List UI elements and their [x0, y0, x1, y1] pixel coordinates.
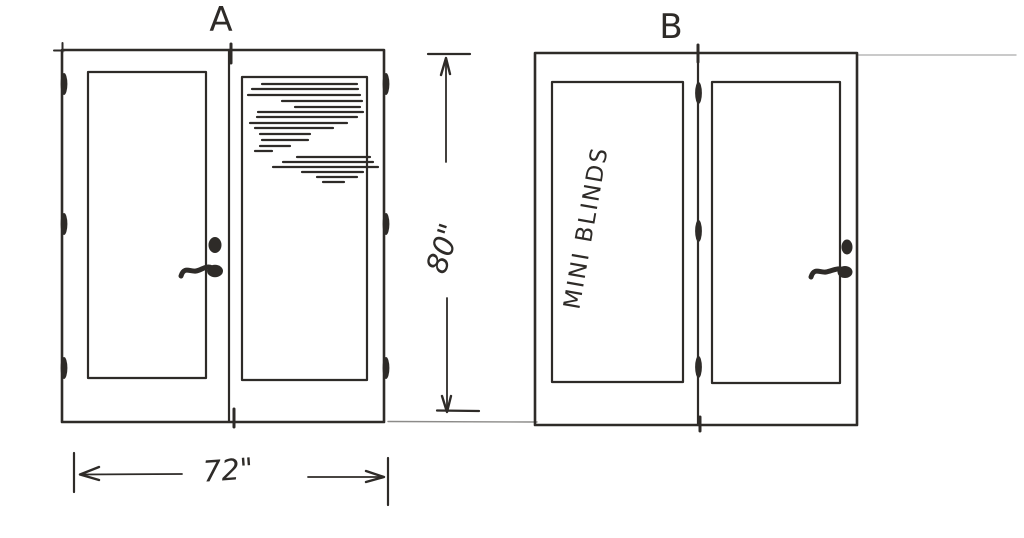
glass-hatching	[248, 84, 378, 182]
door-b-right-glass-panel	[712, 82, 840, 383]
lever-handle-base	[207, 265, 223, 277]
ground-line	[388, 422, 537, 423]
hinge-icon	[383, 357, 390, 379]
width-dim-left-line	[81, 474, 182, 475]
height-dim-text: 80"	[419, 219, 467, 277]
arrow-left-icon	[80, 467, 99, 480]
scanned-door-sketch-page: MINI BLINDS 80" 72" A B	[0, 0, 1024, 538]
option-a-label: A	[209, 0, 232, 40]
door-option-a	[54, 43, 389, 427]
hinge-icon	[61, 213, 68, 235]
hinge-icon	[383, 213, 390, 235]
door-knob-icon	[209, 237, 222, 253]
door-knob-icon	[842, 240, 853, 255]
hinge-icon	[695, 220, 702, 242]
door-option-b: MINI BLINDS	[535, 45, 857, 431]
lever-handle-base	[838, 266, 853, 278]
door-a-outer-frame	[62, 50, 384, 422]
hinge-icon	[61, 357, 68, 379]
hinge-icon	[61, 73, 68, 95]
width-dim-text: 72"	[202, 451, 254, 488]
height-dimension: 80"	[419, 54, 479, 412]
mini-blinds-note: MINI BLINDS	[559, 144, 613, 311]
height-dim-bottom-tick	[437, 411, 479, 412]
door-options-sketch: MINI BLINDS 80" 72" A B	[0, 0, 1024, 538]
option-b-label: B	[659, 7, 682, 47]
hinge-icon	[695, 356, 702, 378]
door-a-left-glass-panel	[88, 72, 206, 378]
hinge-icon	[383, 73, 390, 95]
width-dimension: 72"	[74, 451, 388, 505]
hinge-icon	[695, 82, 702, 104]
